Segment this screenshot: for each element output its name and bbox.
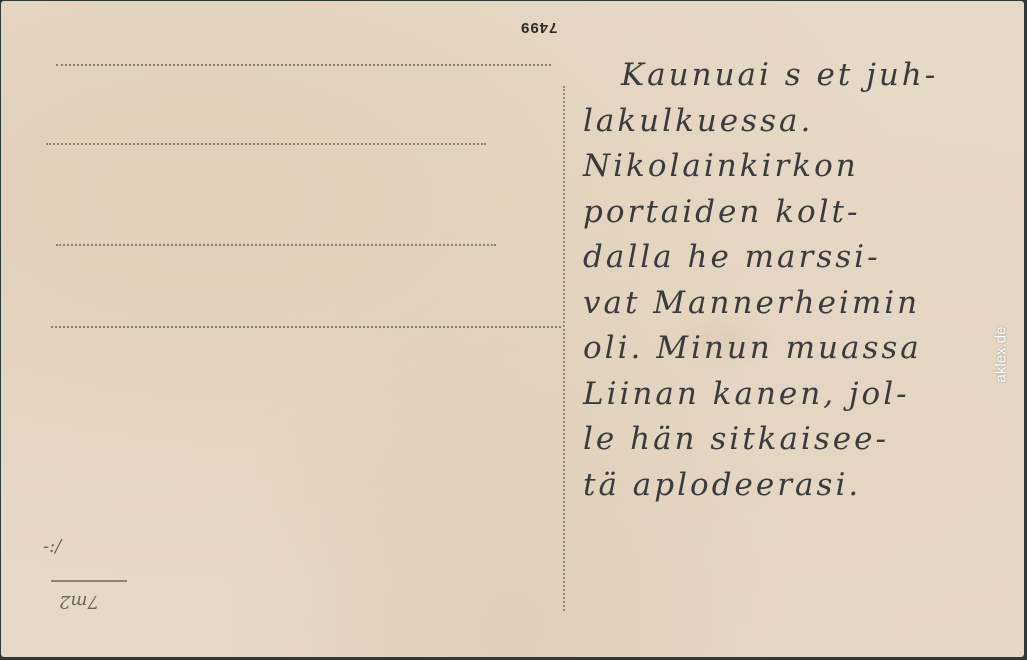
- address-line-3: [56, 244, 496, 246]
- pencil-note-bottom: 7m2: [59, 591, 99, 612]
- address-line-4: [51, 326, 561, 328]
- message-line: Nikolainkirkon: [583, 144, 1023, 190]
- address-line-2: [46, 143, 486, 145]
- message-line: le hän sitkaisee-: [583, 417, 1023, 463]
- message-line: portaiden kolt-: [583, 190, 1023, 236]
- message-line: lakulkuessa.: [583, 99, 1023, 145]
- watermark: aklex.de: [993, 315, 1010, 395]
- divider-line: [563, 86, 565, 611]
- message-line: dalla he marssi-: [583, 235, 1023, 281]
- message-line: oli. Minun muassa: [583, 326, 1023, 372]
- message-line: Liinan kanen, jol-: [583, 372, 1023, 418]
- message-line: tä aplodeerasi.: [583, 463, 1023, 509]
- serial-number: 7499: [520, 19, 557, 36]
- handwritten-message: Kaunuai s et juh- lakulkuessa. Nikolaink…: [583, 53, 1023, 508]
- postcard-back: 7499 Kaunuai s et juh- lakulkuessa. Niko…: [1, 1, 1024, 657]
- message-line: Kaunuai s et juh-: [583, 53, 1023, 99]
- address-line-1: [56, 64, 551, 66]
- pencil-rule: [51, 580, 127, 582]
- message-line: vat Mannerheimin: [583, 281, 1023, 327]
- pencil-note-top: -:/: [43, 536, 61, 557]
